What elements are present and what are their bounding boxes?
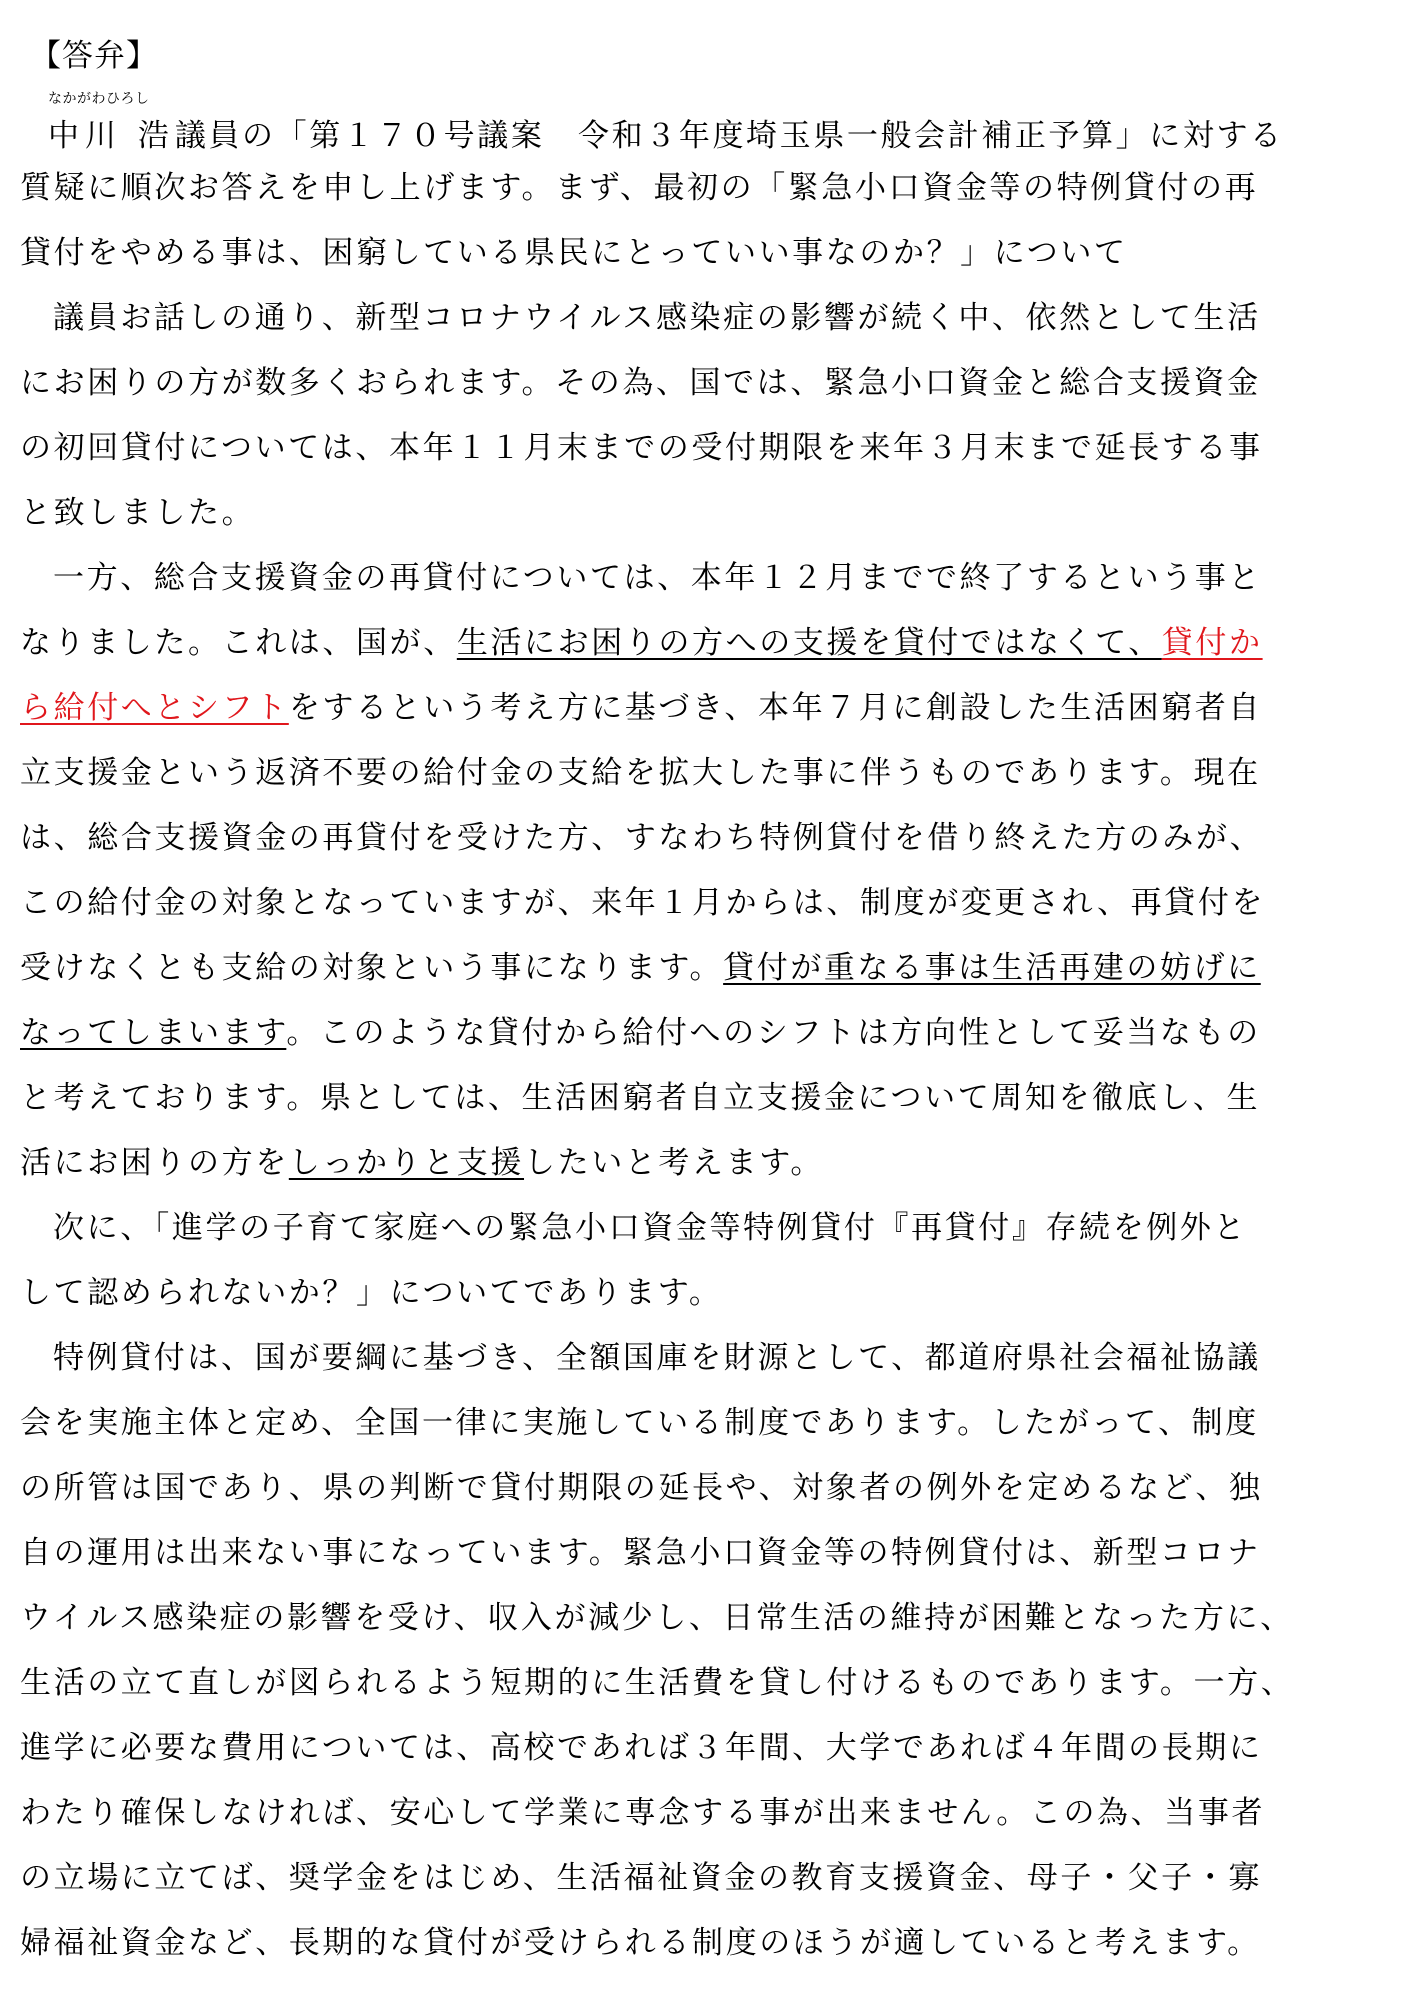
text-segment: わたり確保しなければ、安心して学業に専念する事が出来ません。この為、当事者 xyxy=(20,1795,1265,1831)
document-line: と考えております。県としては、生活困窮者自立支援金について周知を徹底し、生 xyxy=(20,1066,1390,1131)
emphasis-red-underlined-text: 貸付か xyxy=(1162,625,1263,661)
document-line: 婦福祉資金など、長期的な貸付が受けられる制度のほうが適していると考えます。 xyxy=(20,1911,1390,1976)
text-segment: 議員お話しの通り、新型コロナウイルス感染症の影響が続く中、依然として生活 xyxy=(53,300,1261,336)
text-segment: この給付金の対象となっていますが、来年１月からは、制度が変更され、再貸付を xyxy=(20,885,1265,921)
document-line: なってしまいます。このような貸付から給付へのシフトは方向性として妥当なもの xyxy=(20,1001,1390,1066)
document-line: にお困りの方が数多くおられます。その為、国では、緊急小口資金と総合支援資金 xyxy=(20,351,1390,416)
text-segment: 立支援金という返済不要の給付金の支給を拡大した事に伴うものであります。現在 xyxy=(20,755,1261,791)
document-line: して認められないか？」についてであります。 xyxy=(20,1261,1390,1326)
document-line: 進学に必要な費用については、高校であれば３年間、大学であれば４年間の長期に xyxy=(20,1716,1390,1781)
emphasis-underlined-text: 生活にお困りの方への支援を貸付ではなくて、 xyxy=(457,625,1162,661)
text-segment: 婦福祉資金など、長期的な貸付が受けられる制度のほうが適していると考えます。 xyxy=(20,1925,1261,1961)
document-line: なかがわひろし 中川 浩 議員の「第１７０号議案 令和３年度埼玉県一般会計補正予… xyxy=(20,96,1390,161)
text-segment: と考えております。県としては、生活困窮者自立支援金について周知を徹底し、生 xyxy=(20,1080,1260,1116)
document-page: 【答弁】 なかがわひろし 中川 浩 議員の「第１７０号議案 令和３年度埼玉県一般… xyxy=(0,0,1406,1994)
text-segment: なりました。これは、国が、 xyxy=(20,625,457,661)
emphasis-underlined-text: 貸付が重なる事は生活再建の妨げに xyxy=(723,950,1261,986)
document-line: 自の運用は出来ない事になっています。緊急小口資金等の特例貸付は、新型コロナ xyxy=(20,1521,1390,1586)
text-segment: 質疑に順次お答えを申し上げます。まず、最初の「緊急小口資金等の特例貸付の再 xyxy=(20,170,1258,206)
document-line: 生活の立て直しが図られるよう短期的に生活費を貸し付けるものであります。一方、 xyxy=(20,1651,1390,1716)
document-line: ウイルス感染症の影響を受け、収入が減少し、日常生活の維持が困難となった方に、 xyxy=(20,1586,1390,1651)
emphasis-underlined-text: しっかりと支援 xyxy=(289,1145,524,1181)
document-line: 貸付をやめる事は、困窮している県民にとっていい事なのか？」について xyxy=(20,221,1390,286)
document-line: 特例貸付は、国が要綱に基づき、全額国庫を財源として、都道府県社会福祉協議 xyxy=(20,1326,1406,1391)
text-segment: したいと考えます。 xyxy=(524,1145,824,1181)
document-line: 次に、「進学の子育て家庭への緊急小口資金等特例貸付『再貸付』存続を例外と xyxy=(20,1196,1406,1261)
document-line: の初回貸付については、本年１１月末までの受付期限を来年３月末まで延長する事 xyxy=(20,416,1390,481)
text-segment: の立場に立てば、奨学金をはじめ、生活福祉資金の教育支援資金、母子・父子・寡 xyxy=(20,1860,1262,1896)
text-segment: 一方、総合支援資金の再貸付については、本年１２月までで終了するという事と xyxy=(53,560,1262,596)
document-line: と致しました。 xyxy=(20,481,1390,546)
document-heading: 【答弁】 xyxy=(30,24,1400,89)
text-segment: 。このような貸付から給付へのシフトは方向性として妥当なもの xyxy=(286,1015,1260,1051)
line-text: 議員の「第１７０号議案 令和３年度埼玉県一般会計補正予算」に対する xyxy=(175,118,1284,154)
text-segment: 議員の「第１７０号議案 令和３年度埼玉県一般会計補正予算」に対する xyxy=(175,118,1284,154)
document-line: 会を実施主体と定め、全国一律に実施している制度であります。したがって、制度 xyxy=(20,1391,1390,1456)
text-segment: 受けなくとも支給の対象という事になります。 xyxy=(20,950,723,986)
text-segment: にお困りの方が数多くおられます。その為、国では、緊急小口資金と総合支援資金 xyxy=(20,365,1261,401)
document-line: の立場に立てば、奨学金をはじめ、生活福祉資金の教育支援資金、母子・父子・寡 xyxy=(20,1846,1390,1911)
text-segment: をするという考え方に基づき、本年７月に創設した生活困窮者自 xyxy=(289,690,1262,726)
text-segment: 貸付をやめる事は、困窮している県民にとっていい事なのか？」について xyxy=(20,235,1128,271)
text-segment: の初回貸付については、本年１１月末までの受付期限を来年３月末まで延長する事 xyxy=(20,430,1263,466)
document-line: の所管は国であり、県の判断で貸付期限の延長や、対象者の例外を定めるなど、独 xyxy=(20,1456,1390,1521)
document-line: 立支援金という返済不要の給付金の支給を拡大した事に伴うものであります。現在 xyxy=(20,741,1390,806)
text-segment: して認められないか？」についてであります。 xyxy=(20,1275,723,1311)
text-segment: 特例貸付は、国が要綱に基づき、全額国庫を財源として、都道府県社会福祉協議 xyxy=(53,1340,1261,1376)
text-segment: と致しました。 xyxy=(20,495,255,531)
document-line: ら給付へとシフトをするという考え方に基づき、本年７月に創設した生活困窮者自 xyxy=(20,676,1390,741)
document-line: 一方、総合支援資金の再貸付については、本年１２月までで終了するという事と xyxy=(20,546,1406,611)
document-line: この給付金の対象となっていますが、来年１月からは、制度が変更され、再貸付を xyxy=(20,871,1390,936)
document-line: は、総合支援資金の再貸付を受けた方、すなわち特例貸付を借り終えた方のみが、 xyxy=(20,806,1390,871)
document-line: 質疑に順次お答えを申し上げます。まず、最初の「緊急小口資金等の特例貸付の再 xyxy=(20,156,1390,221)
emphasis-red-underlined-text: ら給付へとシフト xyxy=(20,690,289,726)
text-segment: は、総合支援資金の再貸付を受けた方、すなわち特例貸付を借り終えた方のみが、 xyxy=(20,820,1263,856)
emphasis-underlined-text: なってしまいます xyxy=(20,1015,286,1051)
document-line: なりました。これは、国が、生活にお困りの方への支援を貸付ではなくて、貸付か xyxy=(20,611,1390,676)
speaker-name-ruby: なかがわひろし xyxy=(48,92,150,106)
document-line: 受けなくとも支給の対象という事になります。貸付が重なる事は生活再建の妨げに xyxy=(20,936,1390,1001)
text-segment: 進学に必要な費用については、高校であれば３年間、大学であれば４年間の長期に xyxy=(20,1730,1263,1766)
text-segment: 会を実施主体と定め、全国一律に実施している制度であります。したがって、制度 xyxy=(20,1405,1259,1441)
text-segment: 生活の立て直しが図られるよう短期的に生活費を貸し付けるものであります。一方、 xyxy=(20,1665,1294,1701)
text-segment: 活にお困りの方を xyxy=(20,1145,289,1181)
text-segment: ウイルス感染症の影響を受け、収入が減少し、日常生活の維持が困難となった方に、 xyxy=(20,1600,1294,1636)
text-segment: 自の運用は出来ない事になっています。緊急小口資金等の特例貸付は、新型コロナ xyxy=(20,1535,1261,1571)
document-line: 活にお困りの方をしっかりと支援したいと考えます。 xyxy=(20,1131,1390,1196)
document-line: 議員お話しの通り、新型コロナウイルス感染症の影響が続く中、依然として生活 xyxy=(20,286,1406,351)
text-segment: の所管は国であり、県の判断で貸付期限の延長や、対象者の例外を定めるなど、独 xyxy=(20,1470,1263,1506)
document-line: わたり確保しなければ、安心して学業に専念する事が出来ません。この為、当事者 xyxy=(20,1781,1390,1846)
text-segment: 次に、「進学の子育て家庭への緊急小口資金等特例貸付『再貸付』存続を例外と xyxy=(53,1210,1247,1246)
